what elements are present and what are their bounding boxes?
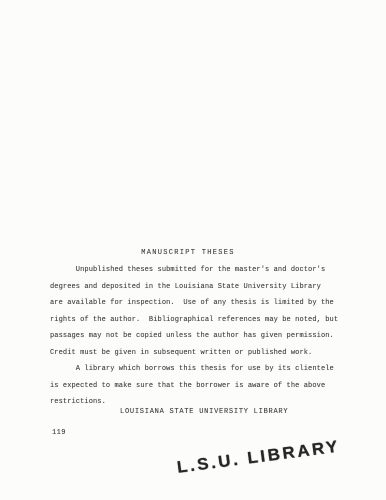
typed-line: are available for inspection. Use of any… — [50, 295, 338, 312]
lsu-library-stamp: L.S.U. LIBRARY — [176, 438, 341, 476]
notice-text-block: Unpublished theses submitted for the mas… — [50, 262, 338, 411]
page-title: MANUSCRIPT THESES — [0, 245, 376, 262]
typed-line: degrees and deposited in the Louisiana S… — [50, 279, 338, 296]
typed-line: Credit must be given in subsequent writt… — [50, 345, 338, 362]
typed-line: is expected to make sure that the borrow… — [50, 378, 338, 395]
scanned-thesis-notice-page: MANUSCRIPT THESES Unpublished theses sub… — [0, 0, 386, 500]
library-signature-line: LOUISIANA STATE UNIVERSITY LIBRARY — [120, 404, 288, 421]
typed-line: A library which borrows this thesis for … — [50, 361, 338, 378]
page-number: 119 — [52, 427, 66, 440]
typed-line: rights of the author. Bibliographical re… — [50, 312, 338, 329]
typed-line: passages may not be copied unless the au… — [50, 328, 338, 345]
typed-line: Unpublished theses submitted for the mas… — [50, 262, 338, 279]
